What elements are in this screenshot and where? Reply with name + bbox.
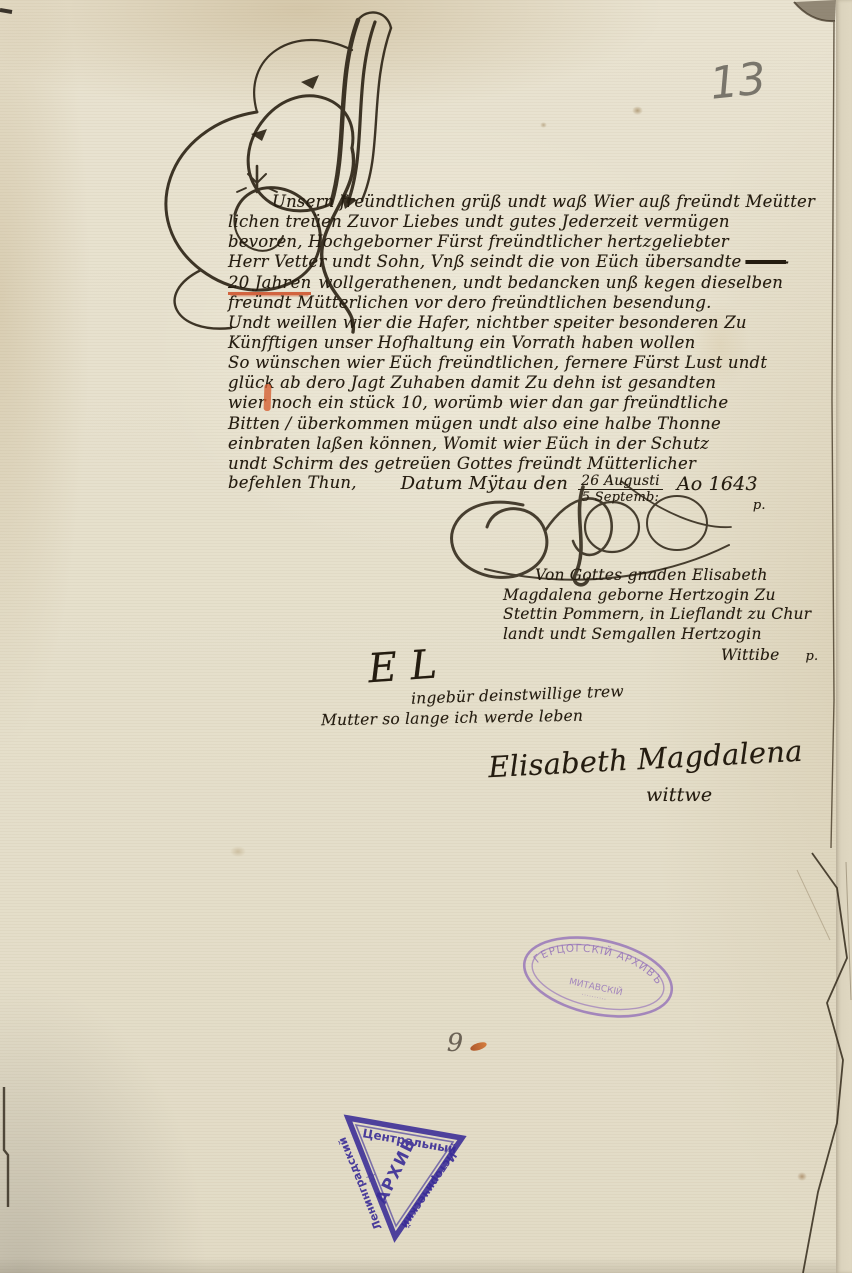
manuscript-body: Unsern freündtlichen grüß undt waß Wier …: [228, 192, 828, 474]
manuscript-line: freündt Mütterlichen vor dero freündtlic…: [228, 293, 828, 313]
paper-stain: [230, 846, 246, 857]
wittibe-suffix: p.: [806, 649, 819, 664]
margin-mark: [264, 384, 272, 411]
year-suffix: p.: [753, 498, 766, 513]
autograph-note-line1: ingebür deinstwillige trew: [411, 682, 624, 707]
ink-stain: [797, 1172, 807, 1181]
signature-line: landt undt Semgallen Hertzogin: [503, 625, 848, 645]
formal-signature-block: Von Gottes gnaden Elisabeth Magdalena ge…: [503, 566, 848, 667]
manuscript-line: wier noch ein stück 10, worümb wier dan …: [228, 393, 828, 413]
oval-archive-stamp: ГЕРЦОГСКІЙ АРХИВЪ МИТАВСКІЙ ··········: [511, 920, 685, 1033]
ink-stain: [540, 122, 547, 128]
manuscript-line: undt Schirm des getreüen Gottes freündt …: [228, 454, 828, 474]
monogram-EL: E L: [366, 642, 438, 693]
ink-fleck: [469, 1041, 487, 1053]
manuscript-line: glück ab dero Jagt Zuhaben damit Zu dehn…: [228, 373, 828, 393]
manuscript-line: einbraten laßen können, Womit wier Eüch …: [228, 434, 828, 454]
manuscript-line: Undt weillen wier die Hafer, nichtber sp…: [228, 313, 828, 333]
manuscript-line: Unsern freündtlichen grüß undt waß Wier …: [228, 192, 828, 212]
triangle-archive-stamp: Центральный Ленинградский Исторический А…: [325, 1095, 485, 1255]
closing-phrase: befehlen Thun,: [228, 473, 357, 492]
manuscript-line: So wünschen wier Eüch freündtlichen, fer…: [228, 353, 828, 373]
manuscript-line: Herr Vetter undt Sohn, Vnß seindt die vo…: [228, 252, 828, 272]
autograph-note-line2: Mutter so lange ich werde leben: [321, 707, 583, 730]
sheet-number: 9: [446, 1028, 463, 1058]
manuscript-page: 13 Unsern freündtlichen grüß undt waß Wi…: [0, 0, 852, 1273]
wittibe-label: Wittibe: [721, 646, 780, 664]
red-underlined-phrase: 20 Jahren: [228, 273, 311, 295]
manuscript-line: Bitten / überkommen mügen undt also eine…: [228, 414, 828, 434]
signature-line: Von Gottes gnaden Elisabeth: [535, 566, 848, 586]
strikethrough-blot: ———: [745, 252, 786, 271]
autograph-name: Elisabeth Magdalena: [487, 734, 803, 784]
signature-line: Wittibep.: [721, 646, 848, 667]
manuscript-line: 20 Jahrenwollgerathenen, undt bedancken …: [228, 273, 828, 293]
signature-line: Magdalena geborne Hertzogin Zu: [503, 586, 848, 606]
signature-line: Stettin Pommern, in Lieflandt zu Chur: [503, 605, 848, 625]
ink-stain: [632, 106, 643, 115]
manuscript-line: Künfftigen unser Hofhaltung ein Vorrath …: [228, 333, 828, 353]
manuscript-line: bevoren, Hochgeborner Fürst freündtliche…: [228, 232, 828, 252]
autograph-title: wittwe: [646, 784, 712, 806]
manuscript-line: lichen treüen Zuvor Liebes undt gutes Je…: [228, 212, 828, 232]
folio-number-pencil: 13: [707, 53, 768, 110]
